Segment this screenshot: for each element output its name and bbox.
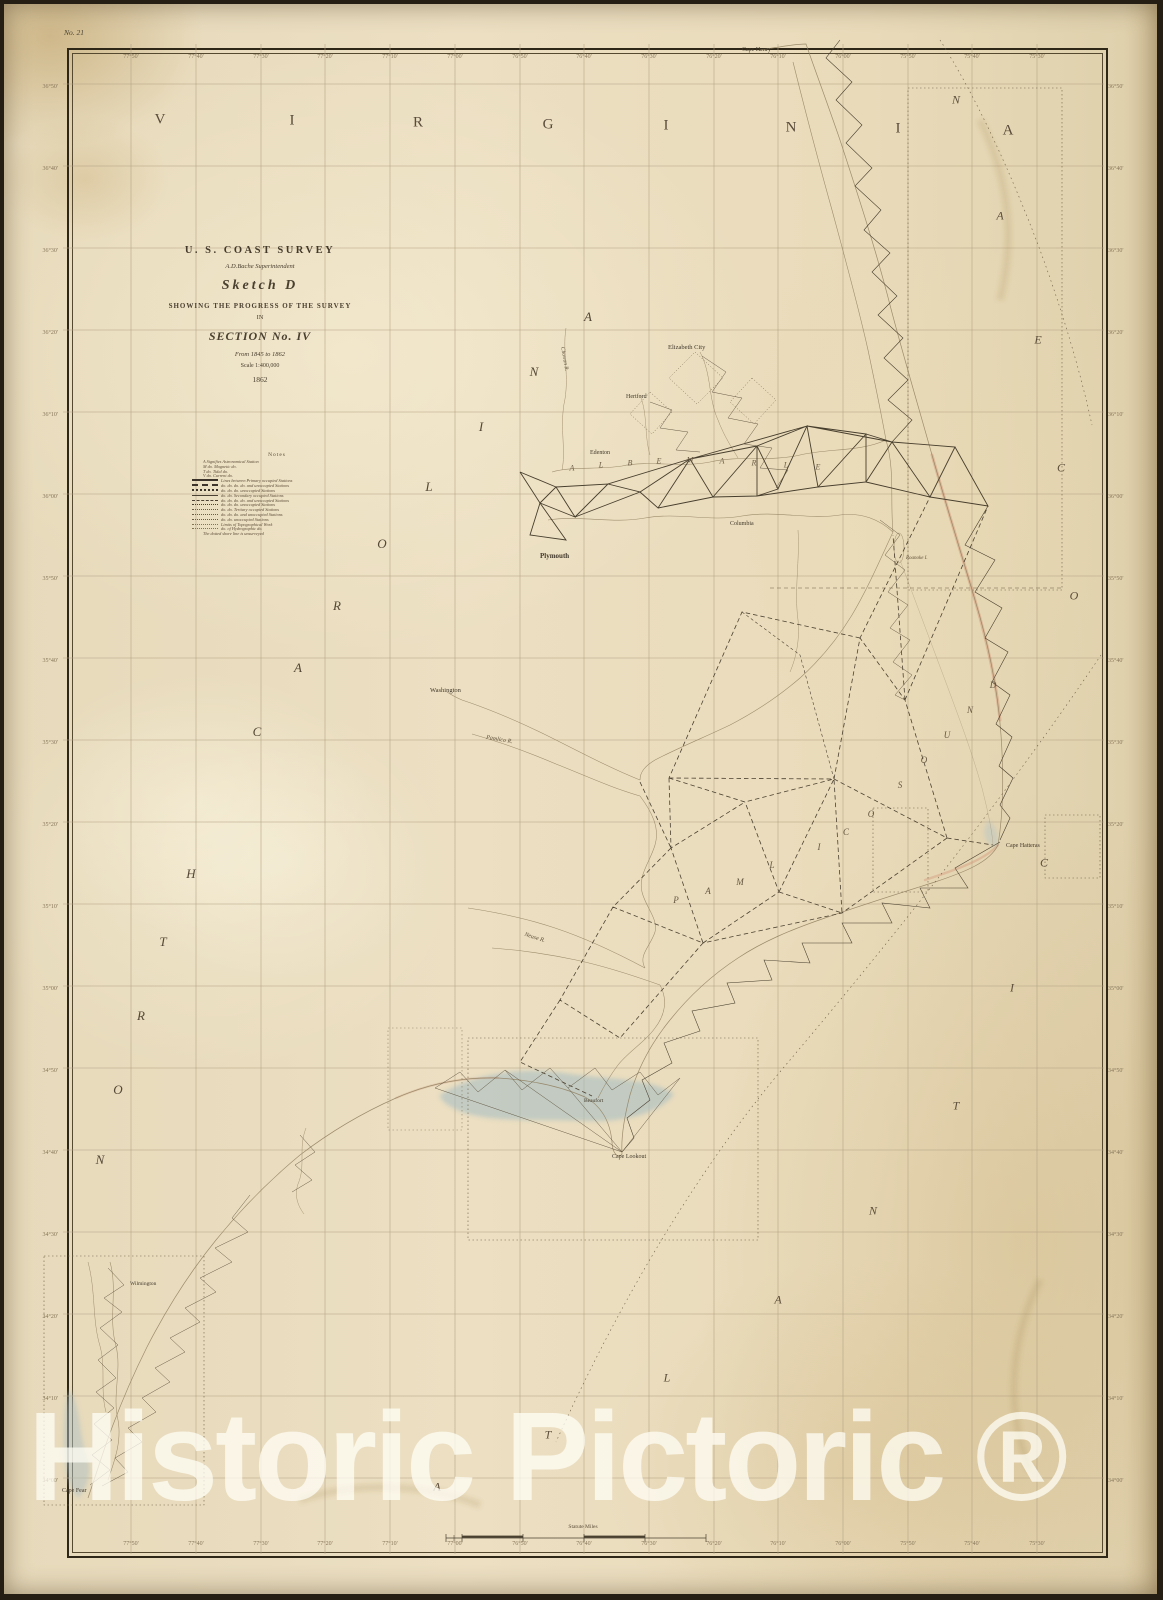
longitude-label-bottom: 77°10' [382,1541,397,1547]
virginia-letter: I [896,121,901,138]
longitude-label-bottom: 75°50' [900,1541,915,1547]
latitude-label-left: 36°50' [43,84,58,90]
pamlico-letter: I [818,842,821,852]
sound-letter: O [921,755,928,765]
north-letter: N [96,1152,105,1168]
legend-symbol [192,519,218,520]
watermark: Historic Pictoric ® [28,1384,1065,1529]
ocean-letter: N [952,93,960,108]
virginia-letter: V [155,112,166,129]
sheet-number: No. 21 [64,28,84,37]
north-letter: R [137,1008,145,1024]
place-label: Elizabeth City [668,344,705,351]
place-label: Columbia [730,521,754,527]
place-label: Plymouth [540,552,569,560]
carolina-letter: N [530,364,539,380]
north-letter: H [186,866,195,882]
pamlico-letter: O [868,809,875,819]
longitude-label-top: 77°10' [382,54,397,60]
longitude-label-bottom: 77°30' [253,1541,268,1547]
carolina-letter: I [479,419,483,435]
carolina-letter: C [253,724,262,740]
virginia-letter: I [664,118,669,135]
sound-letter: U [944,730,951,740]
albemarle-letter: A [570,464,575,473]
latitude-label-right: 36°50' [1108,84,1123,90]
place-label: Hertford [626,394,647,400]
longitude-label-top: 75°50' [900,54,915,60]
longitude-label-top: 76°00' [835,54,850,60]
sound-letter: N [967,705,973,715]
title-sketch: Sketch D [146,279,374,293]
longitude-label-bottom: 76°30' [641,1541,656,1547]
legend-symbol [192,514,218,515]
paper-wrinkles [300,120,1040,1505]
virginia-letter: G [543,117,554,134]
legend-rows: A Signifies Astronomical StationM do. Ma… [192,460,362,537]
latitude-label-right: 35°10' [1108,904,1123,910]
title-scale: Scale 1:400,000 [146,363,374,369]
latitude-label-left: 35°20' [43,822,58,828]
latitude-label-left: 36°40' [43,166,58,172]
latitude-label-right: 35°20' [1108,822,1123,828]
title-superintendent: A.D.Bache Superintendent [146,264,374,271]
title-showing: SHOWING THE PROGRESS OF THE SURVEY [146,303,374,310]
pamlico-letter: C [843,827,849,837]
ocean-letter: O [1070,589,1079,604]
longitude-label-top: 76°30' [641,54,656,60]
place-label: Cape Hatteras [1006,843,1040,849]
north-letter: O [113,1082,122,1098]
longitude-label-bottom: 75°30' [1029,1541,1044,1547]
title-year: 1862 [146,376,374,384]
longitude-label-top: 77°30' [253,54,268,60]
legend-row: The dotted shore line is unsurveyed [192,532,362,537]
longitude-label-bottom: 75°40' [964,1541,979,1547]
latitude-label-right: 34°20' [1108,1314,1123,1320]
place-label: Washington [430,687,461,694]
albemarle-letter: R [752,459,757,468]
longitude-label-bottom: 76°00' [835,1541,850,1547]
latitude-label-right: 35°30' [1108,740,1123,746]
place-label: Cape Henry [742,47,771,53]
latitude-label-right: 36°20' [1108,330,1123,336]
ocean-letter: E [1034,333,1041,348]
legend-symbol [192,528,218,529]
north-letter: T [159,934,166,950]
legend-symbol [192,524,218,525]
virginia-letter: R [413,115,423,132]
latitude-label-right: 36°40' [1108,166,1123,172]
latitude-label-right: 34°30' [1108,1232,1123,1238]
pamlico-letter: M [736,877,744,887]
atlantic-letter: T [953,1099,960,1114]
albemarle-letter: E [816,463,821,472]
title-in: IN [146,315,374,322]
title-agency: U. S. COAST SURVEY [146,246,374,257]
latitude-label-right: 36°00' [1108,494,1123,500]
latitude-label-left: 35°30' [43,740,58,746]
carolina-letter: A [584,309,592,325]
pamlico-letter: P [673,895,679,905]
latitude-label-left: 35°10' [43,904,58,910]
longitude-label-top: 75°40' [964,54,979,60]
albemarle-letter: B [628,459,633,468]
legend-symbol [192,479,218,481]
latitude-label-left: 36°00' [43,494,58,500]
latitude-label-right: 36°10' [1108,412,1123,418]
triangulation-dashed [520,497,993,1096]
longitude-label-top: 77°40' [188,54,203,60]
virginia-letter: A [1003,123,1014,140]
latitude-label-left: 36°20' [43,330,58,336]
albemarle-letter: M [687,456,694,465]
title-daterange: From 1845 to 1862 [146,352,374,359]
albemarle-letter: L [599,461,603,470]
latitude-label-right: 35°00' [1108,986,1123,992]
place-label: Edenton [590,450,610,456]
place-label: Cape Lookout [612,1154,646,1160]
longitude-label-bottom: 77°40' [188,1541,203,1547]
longitude-label-bottom: 76°10' [770,1541,785,1547]
longitude-label-top: 76°50' [512,54,527,60]
latitude-label-left: 35°50' [43,576,58,582]
latitude-label-right: 34°00' [1108,1478,1123,1484]
longitude-label-top: 77°50' [123,54,138,60]
albemarle-letter: E [657,457,662,466]
latitude-label-right: 36°30' [1108,248,1123,254]
longitude-label-top: 76°40' [576,54,591,60]
atlantic-letter: N [869,1204,877,1219]
legend: Notes A Signifies Astronomical StationM … [192,452,362,537]
legend-symbol [192,504,218,505]
legend-text: The dotted shore line is unsurveyed [203,531,264,536]
ocean-letter: C [1057,461,1065,476]
latitude-label-left: 36°10' [43,412,58,418]
map-sheet-photo: No. 21 U. S. COAST SURVEY A.D.Bache Supe… [0,0,1163,1600]
carolina-letter: R [333,598,341,614]
longitude-label-bottom: 77°20' [317,1541,332,1547]
latitude-label-right: 34°40' [1108,1150,1123,1156]
latitude-label-left: 35°40' [43,658,58,664]
longitude-label-top: 76°10' [770,54,785,60]
longitude-label-top: 77°00' [447,54,462,60]
latitude-label-right: 34°50' [1108,1068,1123,1074]
pamlico-letter: L [769,860,774,870]
latitude-label-right: 35°50' [1108,576,1123,582]
sound-letter: D [990,680,997,690]
latitude-label-left: 34°50' [43,1068,58,1074]
legend-symbol [192,509,218,510]
legend-symbol [192,484,218,486]
progress-tint [396,455,1000,1098]
map-canvas [0,0,1163,1600]
carolina-letter: L [425,479,432,495]
virginia-letter: I [290,113,295,130]
longitude-label-bottom: 77°50' [123,1541,138,1547]
place-label: Roanoke I. [906,556,928,561]
pamlico-letter: A [705,886,711,896]
latitude-label-left: 35°00' [43,986,58,992]
longitude-label-top: 75°30' [1029,54,1044,60]
carolina-letter: A [294,660,302,676]
survey-sheet-outlines [630,352,776,434]
longitude-label-bottom: 76°50' [512,1541,527,1547]
ocean-letter: A [996,209,1003,224]
latitude-label-left: 34°20' [43,1314,58,1320]
title-section: SECTION No. IV [146,330,374,342]
latitude-label-right: 35°40' [1108,658,1123,664]
longitude-label-bottom: 76°20' [706,1541,721,1547]
latitude-label-left: 34°40' [43,1150,58,1156]
longitude-label-bottom: 77°00' [447,1541,462,1547]
albemarle-letter: A [720,457,725,466]
legend-header: Notes [192,452,362,458]
atlantic-letter: A [774,1293,781,1308]
legend-symbol [192,495,218,496]
latitude-label-left: 36°30' [43,248,58,254]
albemarle-letter: L [784,461,788,470]
atlantic-letter: I [1010,981,1014,996]
latitude-label-left: 34°30' [43,1232,58,1238]
carolina-letter: O [377,536,386,552]
atlantic-letter: C [1040,856,1048,871]
place-label: Beaufort [584,1098,603,1104]
longitude-label-bottom: 76°40' [576,1541,591,1547]
title-block: U. S. COAST SURVEY A.D.Bache Superintend… [146,246,374,384]
legend-symbol [192,489,218,491]
longitude-label-top: 76°20' [706,54,721,60]
place-label: Wilmington [130,1281,156,1287]
latitude-label-right: 34°10' [1108,1396,1123,1402]
triangulation-primary [520,40,1013,1152]
longitude-label-top: 77°20' [317,54,332,60]
legend-symbol [192,500,218,501]
sound-letter: S [898,780,903,790]
virginia-letter: N [786,120,797,137]
